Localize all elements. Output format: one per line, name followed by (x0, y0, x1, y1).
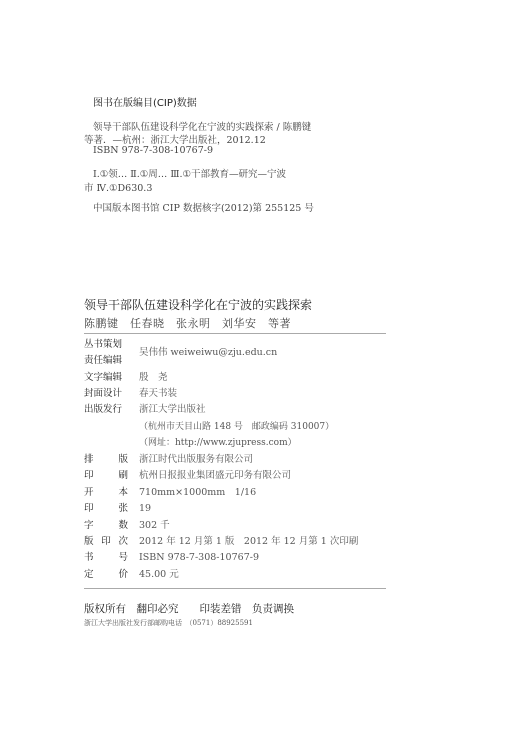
spec-value: 2012 年 12 月第 1 版 2012 年 12 月第 1 次印刷 (139, 535, 358, 549)
spec-label: 印刷 (84, 469, 128, 483)
cip-line-1: 领导干部队伍建设科学化在宁波的实践探索 / 陈鹏键 (93, 119, 311, 133)
cip-line-3: ISBN 978-7-308-10767-9 (93, 145, 213, 156)
mail-order-contact: 浙江大学出版社发行部邮购电话 （0571）88925591 (84, 618, 253, 628)
spec-label: 定价 (84, 568, 128, 582)
spec-label: 排版 (84, 453, 128, 467)
divider-top (84, 333, 386, 334)
publisher-address: （杭州市天目山路 148 号 邮政编码 310007） (139, 420, 334, 434)
spec-value: 浙江时代出版服务有限公司 (139, 453, 253, 467)
divider-bottom (84, 588, 386, 589)
spec-label: 印张 (84, 502, 128, 516)
spec-label: 字数 (84, 519, 128, 533)
cip-line-5: 市 Ⅳ.①D630.3 (84, 180, 152, 194)
spec-label: 开本 (84, 486, 128, 500)
spec-value: ISBN 978-7-308-10767-9 (139, 551, 259, 565)
cip-line-4: Ⅰ.①领… Ⅱ.①周… Ⅲ.①干部教育—研究—宁波 (93, 166, 286, 180)
publisher-label: 出版发行 (84, 403, 134, 417)
editor-value: 吴伟伟 weiweiwu@zju.edu.cn (139, 346, 277, 360)
series-planner-label: 丛书策划 (84, 338, 134, 352)
publisher-value: 浙江大学出版社 (139, 403, 206, 417)
spec-value: 710mm×1000mm 1/16 (139, 486, 256, 500)
spec-value: 302 千 (139, 519, 170, 533)
book-authors: 陈鹏键 任春晓 张永明 刘华安 等著 (84, 315, 291, 331)
spec-label: 版印次 (84, 535, 128, 549)
cip-line-2: 等著．—杭州：浙江大学出版社，2012.12 (84, 132, 266, 146)
cover-design-label: 封面设计 (84, 387, 134, 401)
spec-label: 书号 (84, 551, 128, 565)
spec-value: 杭州日报报业集团盛元印务有限公司 (139, 469, 291, 483)
cip-heading: 图书在版编目(CIP)数据 (93, 94, 197, 109)
text-editor-label: 文字编辑 (84, 371, 134, 385)
responsible-editor-label: 责任编辑 (84, 354, 134, 368)
spec-value: 45.00 元 (139, 568, 179, 582)
cover-design-value: 春天书装 (139, 387, 177, 401)
cip-number: 中国版本图书馆 CIP 数据核字(2012)第 255125 号 (93, 200, 314, 214)
publisher-website: （网址：http://www.zjupress.com） (139, 436, 297, 450)
copyright-notice: 版权所有 翻印必究 印装差错 负责调换 (84, 601, 294, 616)
text-editor-value: 殷 尧 (139, 371, 168, 385)
book-title: 领导干部队伍建设科学化在宁波的实践探索 (84, 296, 312, 313)
spec-value: 19 (139, 502, 151, 516)
